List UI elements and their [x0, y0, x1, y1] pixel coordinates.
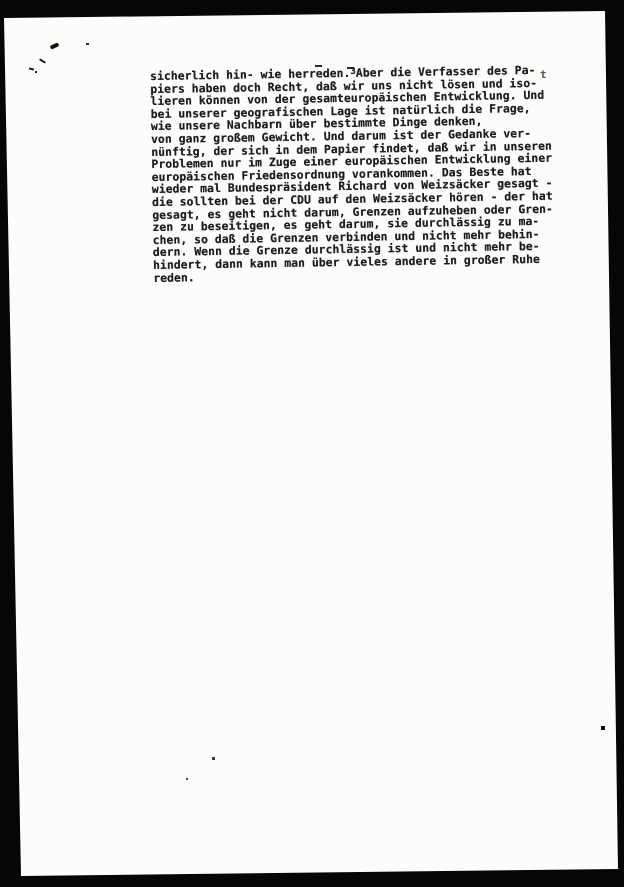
- scan-stray-glyph: t: [540, 68, 547, 81]
- ink-speck: [50, 42, 60, 49]
- scan-overline-artifact: [347, 67, 354, 69]
- scan-overline-artifact: [315, 65, 322, 67]
- ink-speck: [86, 43, 89, 45]
- text-lines: piers haben doch Recht, daß wir uns nich…: [150, 76, 554, 284]
- ink-speck: [39, 58, 46, 63]
- paper-sheet: sicherlich hin- wie herreden.3Aber die V…: [0, 0, 624, 887]
- ink-speck: [35, 71, 37, 73]
- ink-speck: [29, 67, 34, 70]
- ink-speck: [186, 778, 188, 780]
- scanned-page: sicherlich hin- wie herreden.3Aber die V…: [0, 0, 624, 887]
- ink-speck: [212, 757, 215, 760]
- ink-speck: [601, 726, 605, 730]
- typewritten-paragraph: sicherlich hin- wie herreden.3Aber die V…: [150, 64, 554, 284]
